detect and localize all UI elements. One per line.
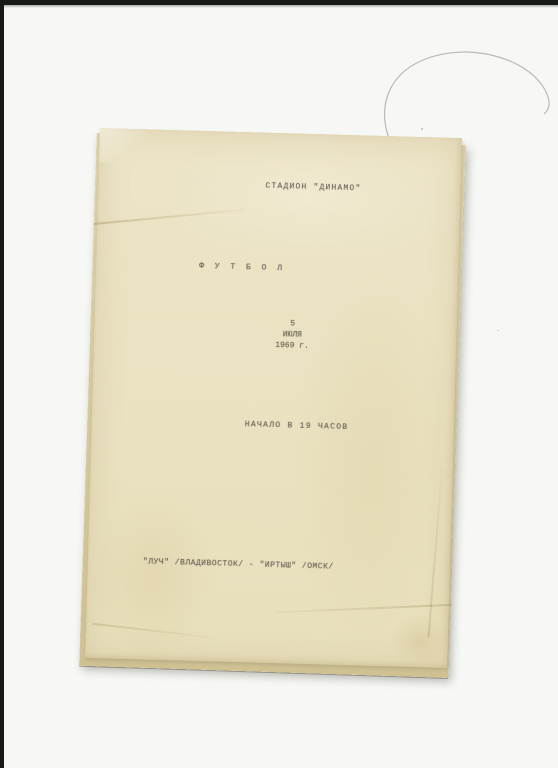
scan-speck [497, 330, 499, 331]
stadium-line: СТАДИОН "ДИНАМО" [265, 182, 361, 195]
scanner-background: СТАДИОН "ДИНАМО" Ф У Т Б О Л 5 ИЮЛЯ 1969… [0, 0, 558, 768]
paper-crease [94, 209, 244, 225]
paper-crease [427, 468, 443, 638]
event-title-line: Ф У Т Б О Л [199, 262, 285, 274]
date-year: 1969 г. [252, 339, 332, 352]
start-time-line: НАЧАЛО В 19 ЧАСОВ [245, 420, 349, 433]
match-date-block: 5 ИЮЛЯ 1969 г. [252, 317, 333, 352]
scanner-edge-left [0, 0, 4, 768]
paper-corner-highlight [99, 128, 146, 163]
scanner-edge-top-shadow [0, 5, 558, 8]
program-page: СТАДИОН "ДИНАМО" Ф У Т Б О Л 5 ИЮЛЯ 1969… [85, 128, 462, 668]
scan-speck [421, 128, 423, 130]
paper-crease [92, 623, 211, 639]
paper-crease [277, 604, 452, 613]
teams-line: "ЛУЧ" /ВЛАДИВОСТОК/ - "ИРТЫШ" /ОМСК/ [143, 557, 334, 572]
